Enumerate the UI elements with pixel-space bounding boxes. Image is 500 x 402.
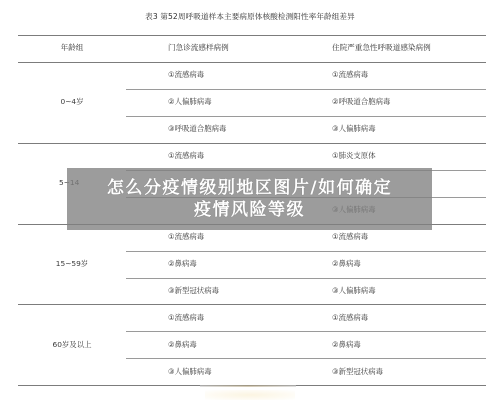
inpatient-cell: ③新型冠状病毒 — [332, 367, 383, 377]
header-outpatient: 门急诊流感样病例 — [168, 43, 229, 53]
outpatient-cell: ③呼吸道合胞病毒 — [168, 124, 226, 134]
row-divider — [126, 116, 486, 117]
row-divider — [126, 358, 486, 359]
header-bottom-rule — [18, 62, 486, 63]
inpatient-cell: ①流感病毒 — [332, 70, 368, 80]
title-overlay-banner: 怎么分疫情级别地区图片/如何确定 疫情风险等级 — [67, 168, 432, 230]
inpatient-cell: ②鼻病毒 — [332, 259, 361, 269]
row-divider — [126, 331, 486, 332]
outpatient-cell: ①流感病毒 — [168, 232, 204, 242]
outpatient-cell: ②鼻病毒 — [168, 259, 197, 269]
outpatient-cell: ①流感病毒 — [168, 313, 204, 323]
overlay-title-line-2: 疫情风险等级 — [194, 199, 305, 221]
outpatient-cell: ①流感病毒 — [168, 70, 204, 80]
group-divider — [18, 304, 486, 305]
outpatient-cell: ②人偏肺病毒 — [168, 97, 212, 107]
inpatient-cell: ③人偏肺病毒 — [332, 124, 376, 134]
age-group-label: 15~59岁 — [18, 259, 126, 269]
row-divider — [126, 278, 486, 279]
age-group-label: 0~4岁 — [18, 97, 126, 107]
table-caption: 表3 第52周呼吸道样本主要病原体核酸检测阳性率年龄组差异 — [0, 11, 500, 22]
scan-artifact — [200, 385, 296, 387]
header-inpatient: 住院严重急性呼吸道感染病例 — [332, 43, 431, 53]
header-age-group: 年龄组 — [18, 43, 126, 53]
inpatient-cell: ①肺炎支原体 — [332, 151, 376, 161]
inpatient-cell: ②鼻病毒 — [332, 340, 361, 350]
outpatient-cell: ②鼻病毒 — [168, 340, 197, 350]
row-divider — [126, 89, 486, 90]
row-divider — [126, 251, 486, 252]
table-top-rule — [18, 35, 486, 36]
outpatient-cell: ①流感病毒 — [168, 151, 204, 161]
inpatient-cell: ③人偏肺病毒 — [332, 286, 376, 296]
overlay-title-line-1: 怎么分疫情级别地区图片/如何确定 — [107, 177, 392, 199]
outpatient-cell: ③人偏肺病毒 — [168, 367, 212, 377]
inpatient-cell: ②呼吸道合胞病毒 — [332, 97, 390, 107]
outpatient-cell: ③新型冠状病毒 — [168, 286, 219, 296]
inpatient-cell: ①流感病毒 — [332, 313, 368, 323]
group-divider — [18, 143, 486, 144]
scan-artifact-glow — [205, 390, 295, 400]
age-group-label: 60岁及以上 — [18, 340, 126, 350]
inpatient-cell: ①流感病毒 — [332, 232, 368, 242]
